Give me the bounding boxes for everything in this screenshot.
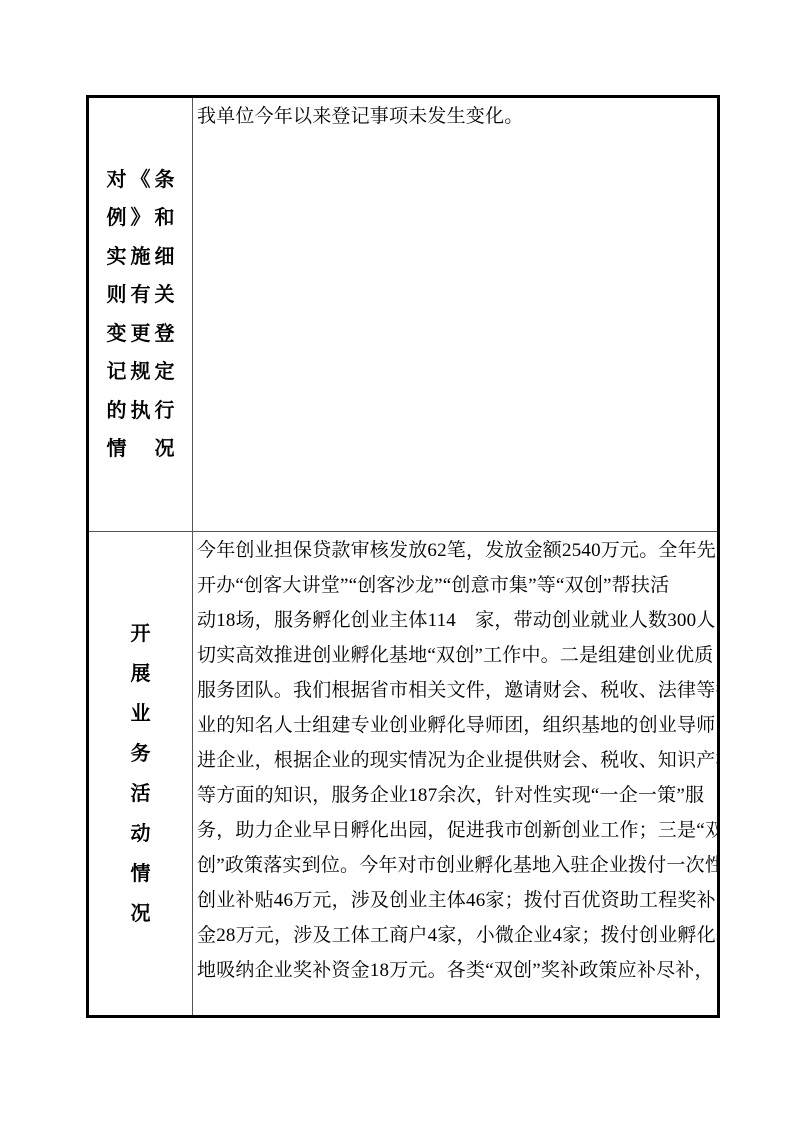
header-line: 况	[131, 894, 151, 934]
content-line: 切实高效推进创业孵化基地“双创”工作中。二是组建创业优质	[197, 638, 715, 673]
header-line: 则有关	[107, 276, 175, 315]
content-line: 等方面的知识，服务企业187余次，针对性实现“一企一策”服	[197, 778, 715, 813]
header-line: 活	[131, 774, 151, 814]
header-line: 变更登	[107, 315, 175, 354]
row1-header-cell: 对《条例》和实施细则有关变更登记规定的执行情况	[89, 98, 192, 531]
content-line: 务，助力企业早日孵化出园，促进我市创新创业工作；三是“双	[197, 813, 715, 848]
report-table: 对《条例》和实施细则有关变更登记规定的执行情况 我单位今年以来登记事项未发生变化…	[86, 95, 720, 1018]
header-line: 的执行	[107, 392, 175, 431]
document-page: 对《条例》和实施细则有关变更登记规定的执行情况 我单位今年以来登记事项未发生变化…	[0, 0, 794, 1122]
header-line: 开	[131, 614, 151, 654]
header-line: 实施细	[107, 238, 175, 277]
row2-header-label: 开展业务活动情况	[131, 614, 151, 934]
content-line: 动18场，服务孵化创业主体114 家，带动创业就业人数300人，	[197, 603, 715, 638]
content-line: 创业补贴46万元，涉及创业主体46家；拨付百优资助工程奖补资	[197, 883, 715, 918]
row1-content-text: 我单位今年以来登记事项未发生变化。	[197, 99, 715, 134]
content-line: 今年创业担保贷款审核发放62笔，发放金额2540万元。全年先后	[197, 533, 715, 568]
row2-content-cell: 今年创业担保贷款审核发放62笔，发放金额2540万元。全年先后开办“创客大讲堂”…	[192, 531, 717, 1015]
header-line: 例》和	[107, 199, 175, 238]
row1-header-label: 对《条例》和实施细则有关变更登记规定的执行情况	[107, 161, 175, 469]
header-line: 展	[131, 654, 151, 694]
header-line: 情况	[107, 430, 175, 469]
row1-content-cell: 我单位今年以来登记事项未发生变化。	[192, 98, 717, 531]
row2-content-text: 今年创业担保贷款审核发放62笔，发放金额2540万元。全年先后开办“创客大讲堂”…	[197, 533, 715, 988]
row2-header-cell: 开展业务活动情况	[89, 531, 192, 1015]
content-line: 开办“创客大讲堂”“创客沙龙”“创意市集”等“双创”帮扶活	[197, 568, 715, 603]
header-line: 业	[131, 694, 151, 734]
header-line: 情	[131, 854, 151, 894]
content-line: 服务团队。我们根据省市相关文件，邀请财会、税收、法律等行	[197, 673, 715, 708]
header-line: 对《条	[107, 161, 175, 200]
content-line: 进企业，根据企业的现实情况为企业提供财会、税收、知识产权	[197, 743, 715, 778]
content-line: 创”政策落实到位。今年对市创业孵化基地入驻企业拨付一次性	[197, 848, 715, 883]
content-line: 金28万元，涉及工体工商户4家，小微企业4家；拨付创业孵化基	[197, 918, 715, 953]
header-line: 动	[131, 814, 151, 854]
header-line: 务	[131, 734, 151, 774]
content-line: 我单位今年以来登记事项未发生变化。	[197, 99, 715, 134]
content-line: 地吸纳企业奖补资金18万元。各类“双创”奖补政策应补尽补，	[197, 953, 715, 988]
header-line: 记规定	[107, 353, 175, 392]
content-line: 业的知名人士组建专业创业孵化导师团，组织基地的创业导师团	[197, 708, 715, 743]
